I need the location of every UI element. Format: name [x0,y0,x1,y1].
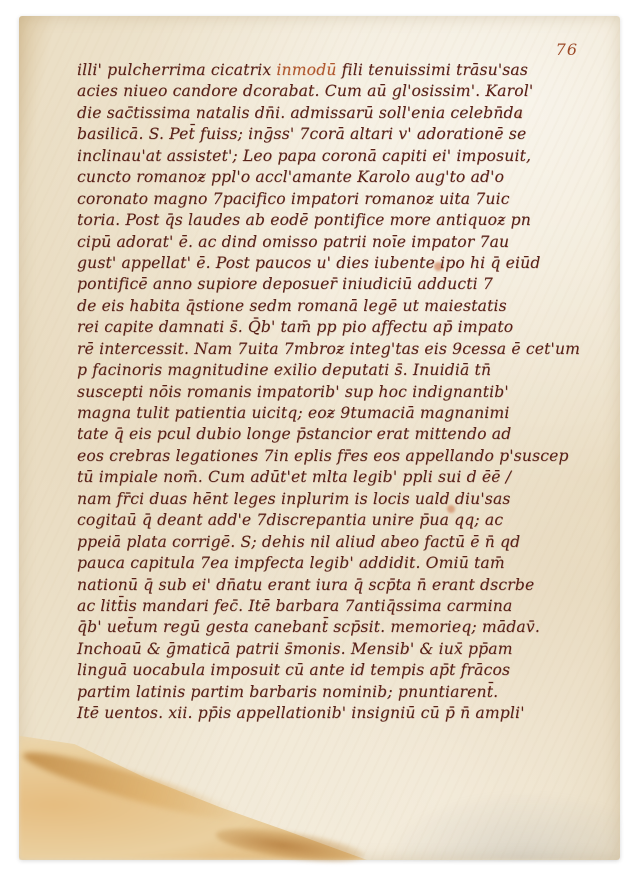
text-run: p facinoris magnitudine exilio deputati … [77,361,491,379]
manuscript-line: Inchoaū & ḡmaticā patrii s̄monis. Mensib… [77,639,585,660]
manuscript-line: eos crebras legationes 7in eplis fr̄es e… [77,446,585,467]
text-run: pauca capitula 7ea impfecta legib' addid… [77,554,505,572]
manuscript-line: p facinoris magnitudine exilio deputati … [77,360,585,381]
manuscript-line: magna tulit patientia uicitq; eoƶ 9tumac… [77,403,585,424]
manuscript-line: die sac̄tissima natalis dn̄i. admissarū … [77,103,585,124]
text-run: die sac̄tissima natalis dn̄i. admissarū … [77,104,523,122]
manuscript-line: linguā uocabula imposuit cū ante id temp… [77,660,585,681]
text-run: acies niueo candore dcorabat. Cum aū gl'… [77,82,533,100]
manuscript-line: rei capite damnati s̄. Q̄b' tam̄ pp pio … [77,317,585,338]
manuscript-line: cogitaū q̄ deant add'e 7discrepantia uni… [77,510,585,531]
text-run: pontificē anno supiore deposuer̄ iniudic… [77,275,493,293]
text-run: suscepti nōis romanis impatorib' sup hoc… [77,383,509,401]
manuscript-line: acies niueo candore dcorabat. Cum aū gl'… [77,81,585,102]
manuscript-line: ppeiā plata corrigē. S; dehis nil aliud … [77,532,585,553]
manuscript-line: partim latinis partim barbaris nominib; … [77,682,585,703]
manuscript-line: illi' pulcherrima cicatrix inmodū fili t… [77,60,585,81]
manuscript-line: nationū q̄ sub ei' dn̄atu erant iura q̄ … [77,575,585,596]
text-run: rei capite damnati s̄. Q̄b' tam̄ pp pio … [77,318,513,336]
text-run: coronato magno 7pacifico impatori romano… [77,190,510,208]
manuscript-line: cipū adorat' ē. ac dind omisso patrii no… [77,232,585,253]
text-run: gust' appellat' ē. Post paucos u' dies i… [77,254,541,272]
rubricated-word: inmodū [276,61,336,79]
text-run: magna tulit patientia uicitq; eoƶ 9tumac… [77,404,509,422]
manuscript-line: rē intercessit. Nam 7uita 7mbroƶ integ't… [77,339,585,360]
text-run: cuncto romanoƶ ppl'o accl'amante Karolo … [77,168,504,186]
text-run: fili tenuissimi trāsu'sas [337,61,529,79]
text-run: nam fr̄ci duas hēnt leges inplurim is lo… [77,490,511,508]
manuscript-line: tate q̄ eis pcul dubio longe p̄stancior … [77,424,585,445]
text-run: ac litt̄is mandari fec̄. Itē barbara 7an… [77,597,512,615]
manuscript-line: cuncto romanoƶ ppl'o accl'amante Karolo … [77,167,585,188]
text-run: linguā uocabula imposuit cū ante id temp… [77,661,510,679]
text-run: basilicā. S. Pet̄ fuiss; inḡss' 7corā al… [77,125,526,143]
text-block: illi' pulcherrima cicatrix inmodū fili t… [77,60,585,725]
manuscript-line: de eis habita q̄stione sedm romanā legē … [77,296,585,317]
parchment-page: 76 illi' pulcherrima cicatrix inmodū fil… [19,16,620,860]
text-run: toria. Post q̄s laudes ab eodē pontifice… [77,211,531,229]
text-run: ppeiā plata corrigē. S; dehis nil aliud … [77,533,520,551]
manuscript-line: toria. Post q̄s laudes ab eodē pontifice… [77,210,585,231]
text-run: tate q̄ eis pcul dubio longe p̄stancior … [77,425,511,443]
text-run: Inchoaū & ḡmaticā patrii s̄monis. Mensib… [77,640,513,658]
text-run: de eis habita q̄stione sedm romanā legē … [77,297,507,315]
text-run: Itē uentos. xii. pp̄is appellationib' in… [77,704,525,722]
manuscript-line: Itē uentos. xii. pp̄is appellationib' in… [77,703,585,724]
stain-dark-curl [214,822,366,869]
text-run: partim latinis partim barbaris nominib; … [77,683,498,701]
text-run: cipū adorat' ē. ac dind omisso patrii no… [77,233,509,251]
text-run: inclinau'at assistet'; Leo papa coronā c… [77,147,531,165]
text-run: tū impiale nom̄. Cum adūt'et mlta legib'… [77,468,511,486]
text-run: eos crebras legationes 7in eplis fr̄es e… [77,447,569,465]
manuscript-line: ac litt̄is mandari fec̄. Itē barbara 7an… [77,596,585,617]
manuscript-line: pontificē anno supiore deposuer̄ iniudic… [77,274,585,295]
folio-number: 76 [556,40,578,59]
manuscript-line: gust' appellat' ē. Post paucos u' dies i… [77,253,585,274]
shadow-bottom-right [380,790,620,860]
manuscript-line: pauca capitula 7ea impfecta legib' addid… [77,553,585,574]
text-run: nationū q̄ sub ei' dn̄atu erant iura q̄ … [77,576,534,594]
text-run: illi' pulcherrima cicatrix [77,61,276,79]
manuscript-line: tū impiale nom̄. Cum adūt'et mlta legib'… [77,467,585,488]
manuscript-line: inclinau'at assistet'; Leo papa coronā c… [77,146,585,167]
text-run: rē intercessit. Nam 7uita 7mbroƶ integ't… [77,340,580,358]
manuscript-line: suscepti nōis romanis impatorib' sup hoc… [77,382,585,403]
manuscript-line: nam fr̄ci duas hēnt leges inplurim is lo… [77,489,585,510]
text-run: q̄b' uet̄um regū gesta canebant̄ scp̄sit… [77,618,540,636]
manuscript-line: coronato magno 7pacifico impatori romano… [77,189,585,210]
text-run: cogitaū q̄ deant add'e 7discrepantia uni… [77,511,503,529]
manuscript-line: q̄b' uet̄um regū gesta canebant̄ scp̄sit… [77,617,585,638]
manuscript-line: basilicā. S. Pet̄ fuiss; inḡss' 7corā al… [77,124,585,145]
